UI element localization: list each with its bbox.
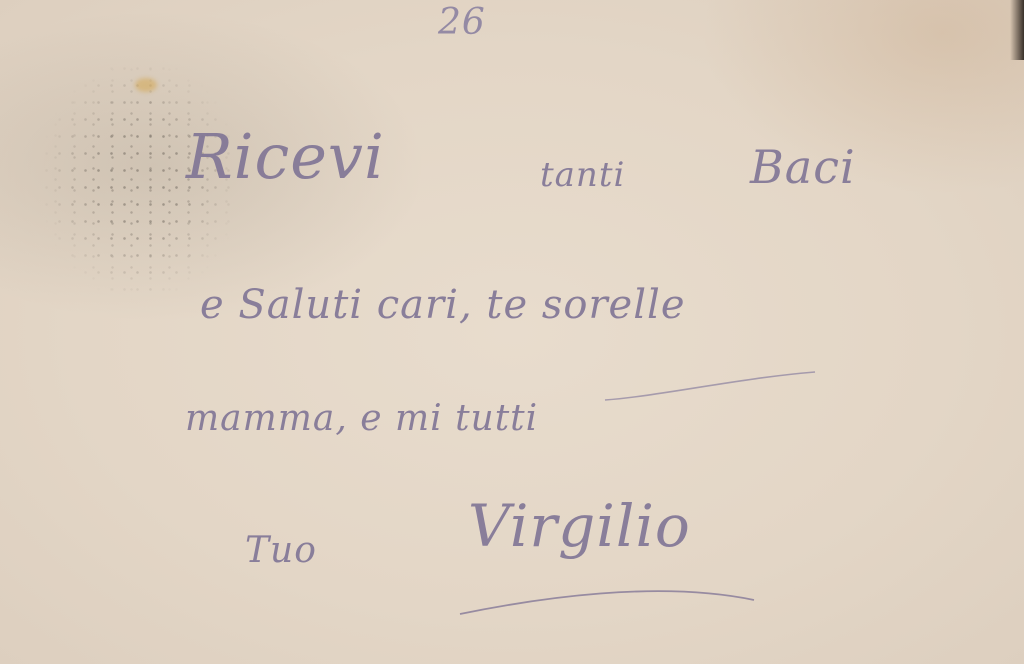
- greeting-word-tanti: tanti: [540, 155, 625, 195]
- postcard: 26 Ricevi tanti Baci e Saluti cari, te s…: [0, 0, 1024, 664]
- stain: [135, 78, 157, 92]
- page-number: 26: [438, 2, 486, 43]
- greeting-word-baci: Baci: [750, 140, 856, 194]
- corner-shadow: [1010, 0, 1024, 60]
- scan-margin: [0, 664, 1024, 670]
- message-line-3: mamma, e mi tutti: [185, 398, 538, 439]
- pen-stroke: [600, 368, 820, 408]
- signature-flourish: [458, 578, 758, 618]
- message-line-2: e Saluti cari, te sorelle: [200, 282, 686, 328]
- closing: Tuo: [245, 530, 317, 571]
- greeting-word-ricevi: Ricevi: [186, 120, 385, 193]
- signature: Virgilio: [468, 492, 691, 560]
